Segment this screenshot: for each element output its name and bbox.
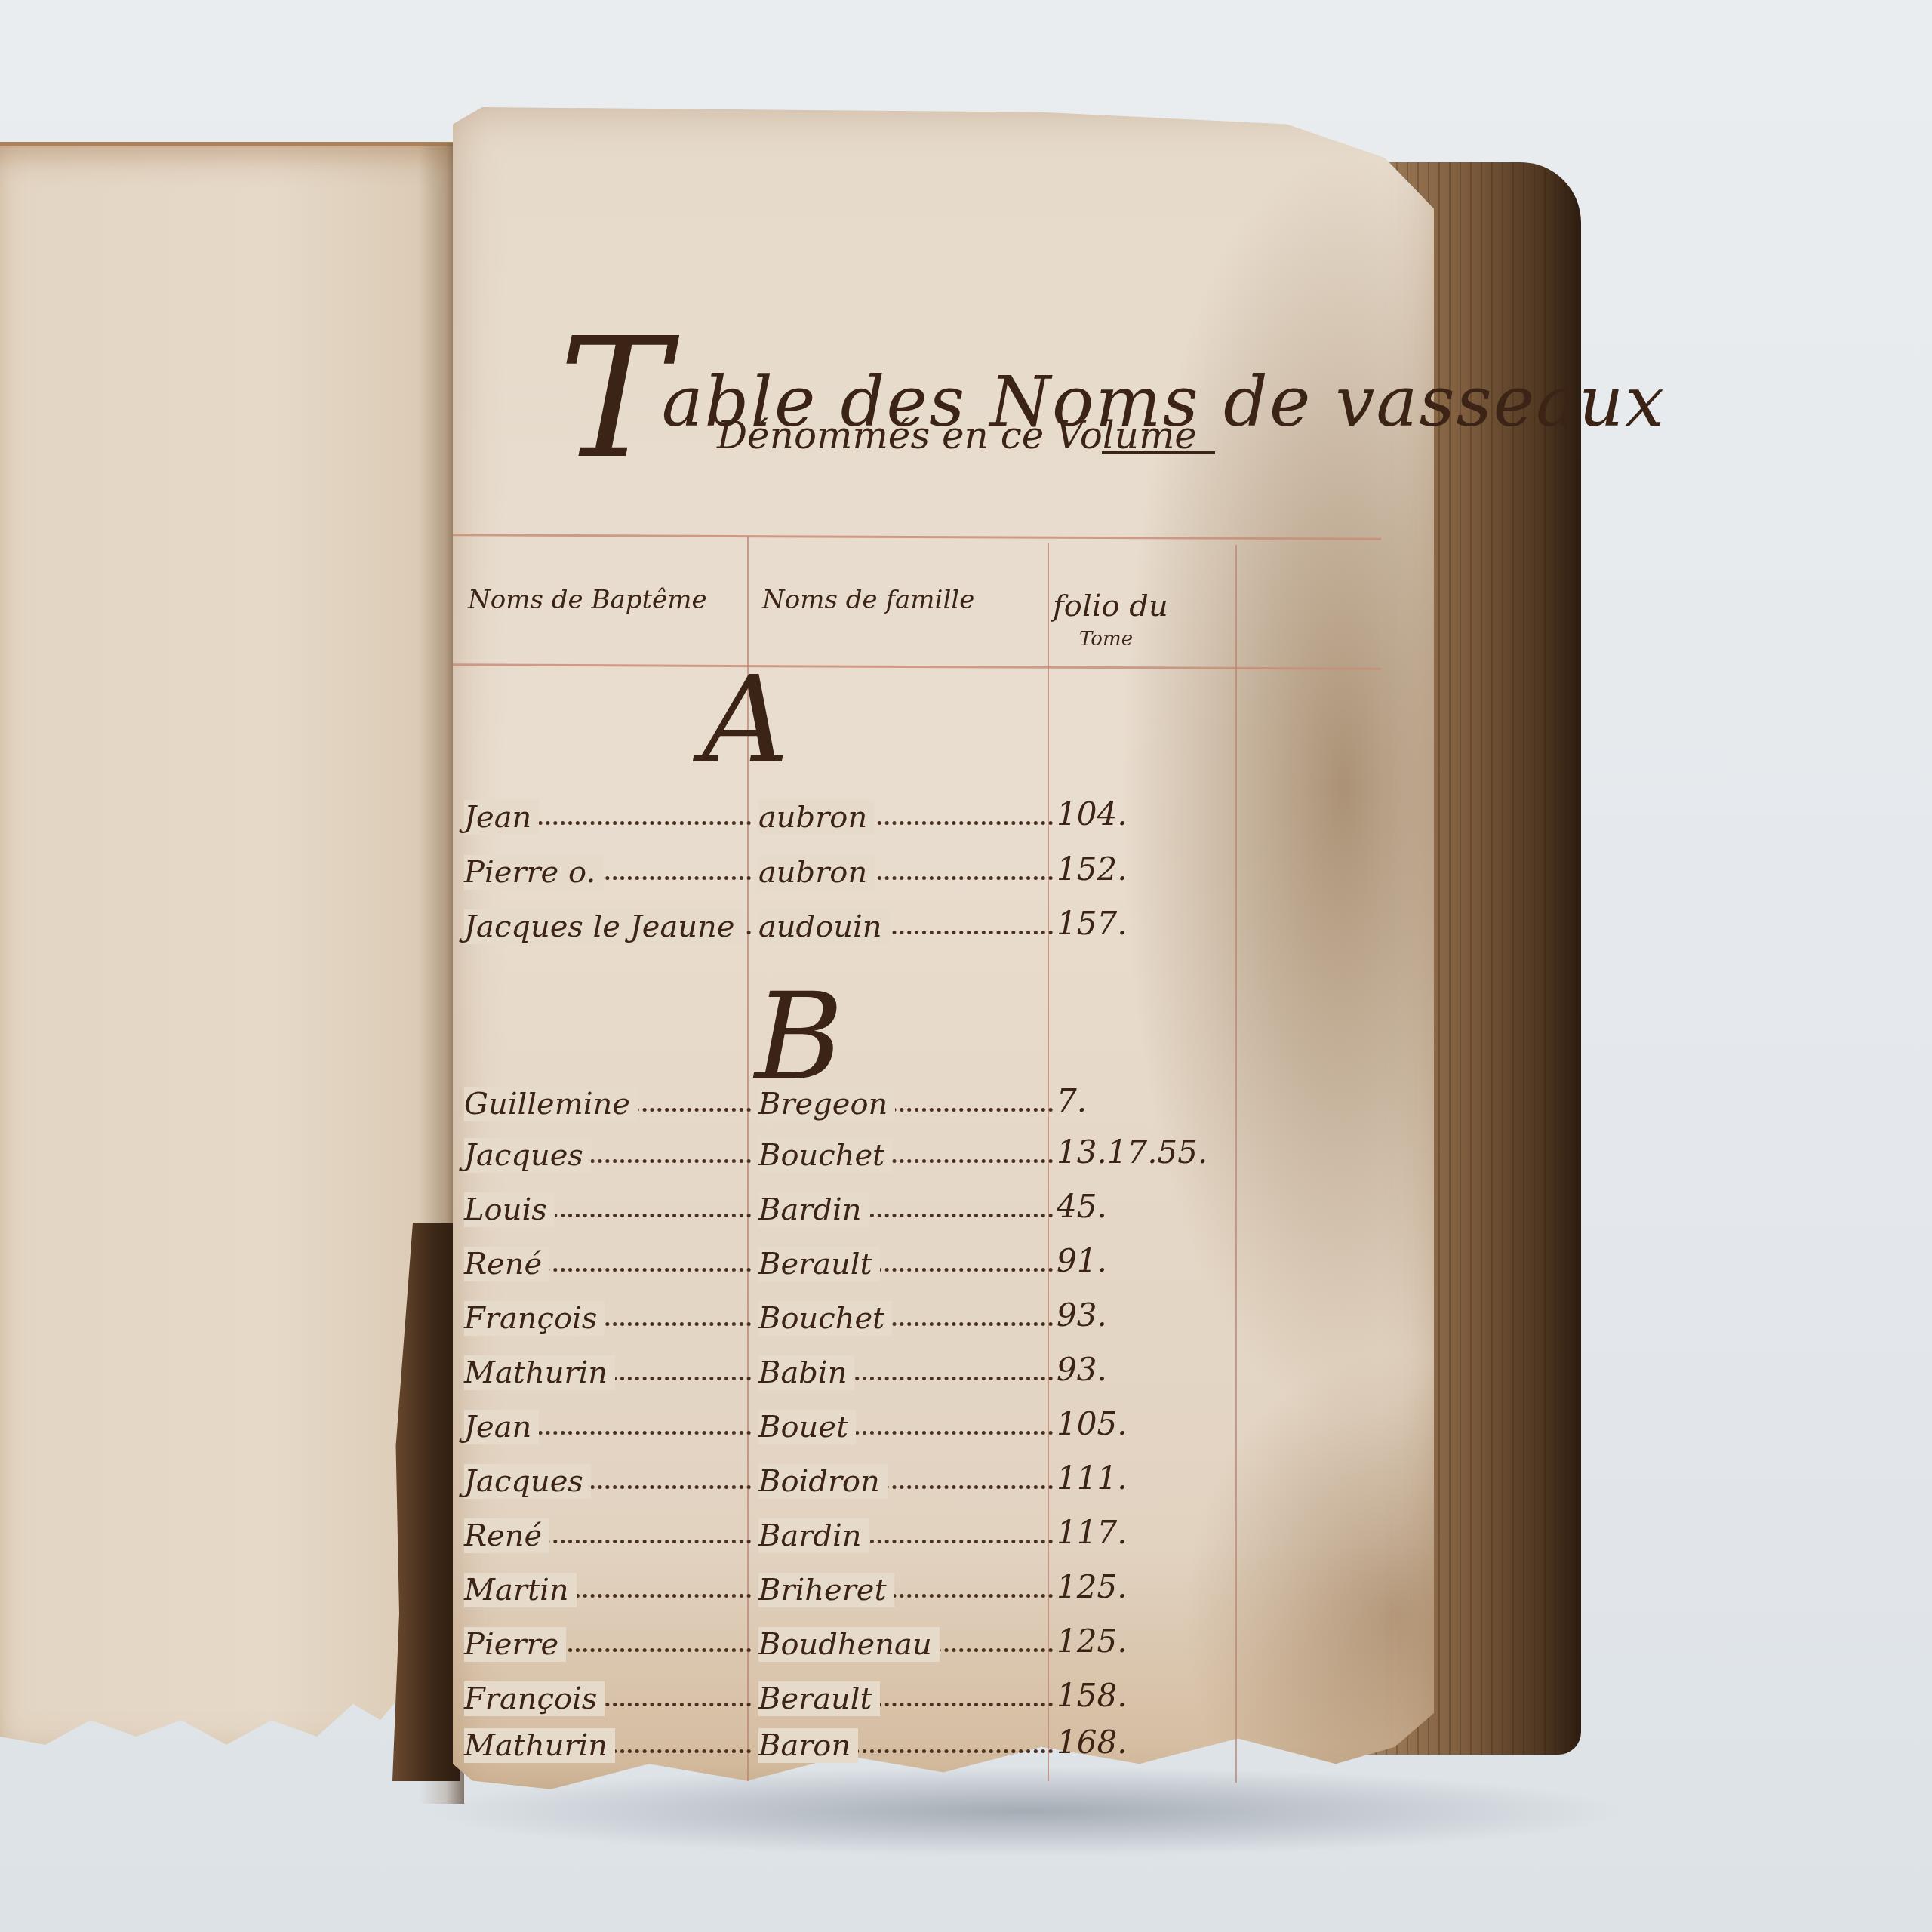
table-row: Jacques le Jeaune audouin 157.	[464, 909, 1219, 955]
family-name: Bregeon	[758, 1087, 895, 1121]
given-name: François	[464, 1301, 605, 1336]
given-name: Pierre	[464, 1627, 566, 1662]
folio-number: 105.	[1057, 1405, 1128, 1442]
folio-number: 104.	[1057, 795, 1128, 832]
table-row: François Bouchet 93.	[464, 1301, 1219, 1346]
column-rule-3	[1235, 545, 1237, 1783]
table-row: Louis Bardin 45.	[464, 1192, 1219, 1238]
folio-number: 117.	[1057, 1514, 1128, 1551]
subtitle-underline	[1102, 451, 1215, 454]
table-row: Jean aubron 104.	[464, 800, 1219, 845]
folio-number: 13.17.55.	[1057, 1134, 1207, 1171]
folio-number: 7.	[1057, 1082, 1087, 1119]
section-letter-a: A	[702, 649, 789, 790]
folio-number: 45.	[1057, 1188, 1107, 1225]
family-name: audouin	[758, 909, 890, 944]
column-header-folio-sub: Tome	[1079, 628, 1133, 651]
table-row: René Bardin 117.	[464, 1518, 1219, 1564]
given-name: Pierre o.	[464, 855, 603, 890]
section-letter-b: B	[755, 966, 844, 1107]
given-name: René	[464, 1247, 549, 1281]
given-name: Guillemine	[464, 1087, 638, 1121]
family-name: Babin	[758, 1355, 854, 1390]
folio-number: 125.	[1057, 1568, 1128, 1605]
table-row: Jacques Bouchet 13.17.55.	[464, 1138, 1219, 1183]
table-row: René Berault 91.	[464, 1247, 1219, 1292]
family-name: aubron	[758, 855, 875, 890]
column-header-given-name: Noms de Baptême	[468, 585, 707, 615]
family-name: aubron	[758, 800, 875, 835]
family-name: Bouchet	[758, 1301, 892, 1336]
folio-number: 158.	[1057, 1677, 1128, 1714]
family-name: Berault	[758, 1247, 880, 1281]
given-name: Jean	[464, 800, 539, 835]
table-row: Mathurin Babin 93.	[464, 1355, 1219, 1401]
folio-number: 111.	[1057, 1460, 1128, 1497]
given-name: Mathurin	[464, 1728, 615, 1763]
folio-number: 152.	[1057, 851, 1128, 888]
family-name: Baron	[758, 1728, 858, 1763]
folio-number: 125.	[1057, 1623, 1128, 1660]
page-shadow	[423, 1766, 1630, 1857]
family-name: Berault	[758, 1681, 880, 1716]
family-name: Bouet	[758, 1410, 856, 1444]
given-name: Louis	[464, 1192, 555, 1227]
title-initial: T	[558, 302, 671, 495]
folio-number: 93.	[1057, 1351, 1107, 1388]
table-row: François Berault 158.	[464, 1681, 1219, 1727]
folio-number: 93.	[1057, 1297, 1107, 1334]
folio-number: 91.	[1057, 1242, 1107, 1279]
table-row: Pierre o. aubron 152.	[464, 855, 1219, 900]
column-header-family-name: Noms de famille	[762, 585, 974, 615]
family-name: Bardin	[758, 1192, 869, 1227]
table-row: Mathurin Baron 168.	[464, 1728, 1219, 1774]
table-row: Jacques Boidron 111.	[464, 1464, 1219, 1509]
family-name: Bouchet	[758, 1138, 892, 1173]
left-page	[0, 142, 453, 1769]
given-name: Martin	[464, 1573, 577, 1607]
given-name: Jacques le Jeaune	[464, 909, 743, 944]
table-row: Pierre Boudhenau 125.	[464, 1627, 1219, 1672]
given-name: Jacques	[464, 1464, 591, 1499]
column-header-folio: folio du	[1053, 589, 1168, 623]
given-name: Jean	[464, 1410, 539, 1444]
given-name: François	[464, 1681, 605, 1716]
family-name: Briheret	[758, 1573, 894, 1607]
family-name: Boidron	[758, 1464, 888, 1499]
table-row: Jean Bouet 105.	[464, 1410, 1219, 1455]
given-name: Mathurin	[464, 1355, 615, 1390]
given-name: René	[464, 1518, 549, 1553]
folio-number: 168.	[1057, 1724, 1128, 1761]
table-row: Guillemine Bregeon 7.	[464, 1087, 1219, 1132]
folio-number: 157.	[1057, 905, 1128, 942]
table-row: Martin Briheret 125.	[464, 1573, 1219, 1618]
family-name: Boudhenau	[758, 1627, 940, 1662]
family-name: Bardin	[758, 1518, 869, 1553]
given-name: Jacques	[464, 1138, 591, 1173]
